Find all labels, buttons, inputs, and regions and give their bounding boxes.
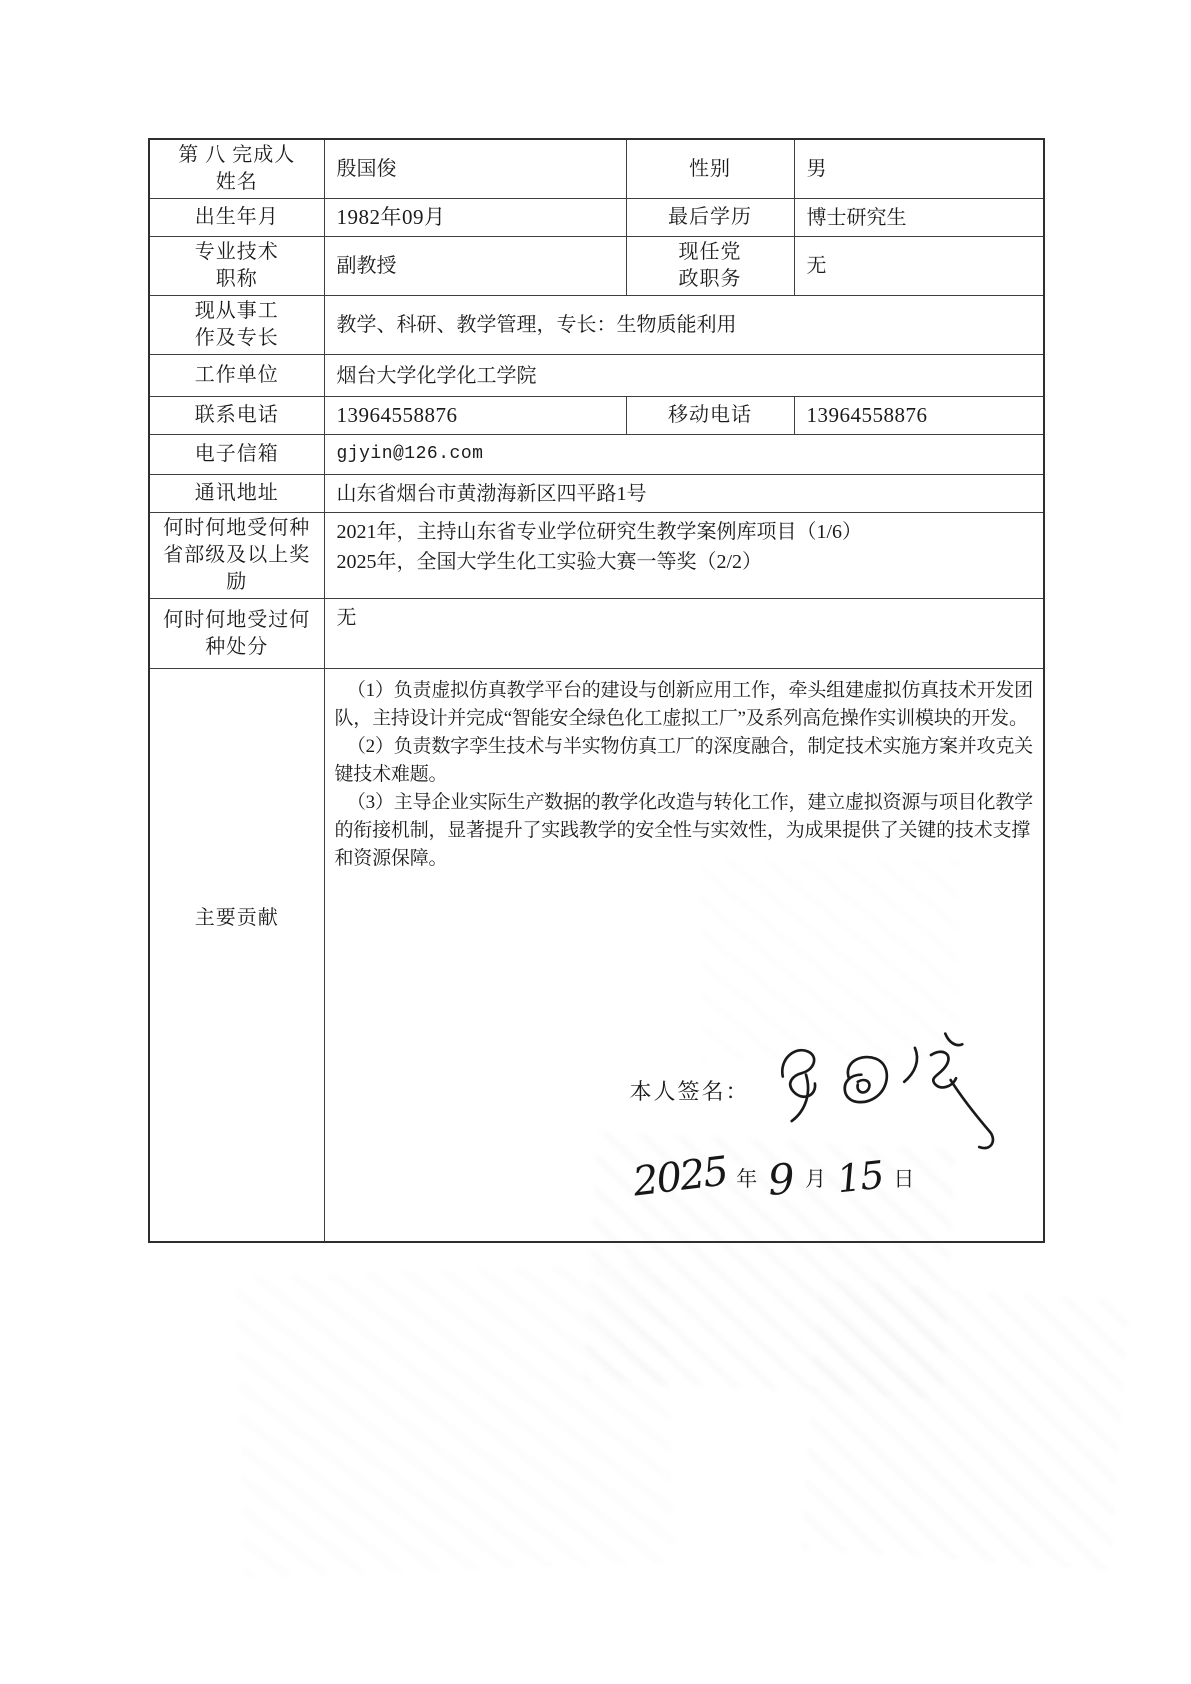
value-main-contributions: （1）负责虚拟仿真教学平台的建设与创新应用工作，牵头组建虚拟仿真技术开发团队，主… [324, 669, 1044, 1242]
value-mobile-phone: 13964558876 [794, 397, 1044, 435]
label-current-work: 现从事工 作及专长 [149, 296, 324, 355]
row-employer: 工作单位 烟台大学化学化工学院 [149, 355, 1044, 397]
row-awards: 何时何地受何种 省部级及以上奖 励 2021年，主持山东省专业学位研究生教学案例… [149, 513, 1044, 599]
label-contact-phone: 联系电话 [149, 397, 324, 435]
main-contributions-label-text: 主要贡献 [195, 905, 279, 932]
value-completer-name: 殷国俊 [324, 139, 626, 199]
scanned-form-page: 第 八 完成人 姓名 殷国俊 性别 男 出生年月 1982年09月 最后学历 博… [0, 0, 1191, 1684]
value-awards: 2021年，主持山东省专业学位研究生教学案例库项目（1/6） 2025年，全国大… [324, 513, 1044, 599]
label-mailing-address: 通讯地址 [149, 475, 324, 513]
contribution-paragraphs: （1）负责虚拟仿真教学平台的建设与创新应用工作，牵头组建虚拟仿真技术开发团队，主… [325, 669, 1044, 873]
label-employer: 工作单位 [149, 355, 324, 397]
value-employer: 烟台大学化学化工学院 [324, 355, 1044, 397]
contribution-paragraph-2: （2）负责数字孪生技术与半实物仿真工厂的深度融合，制定技术实施方案并攻克关键技术… [335, 733, 1036, 789]
row-phones: 联系电话 13964558876 移动电话 13964558876 [149, 397, 1044, 435]
value-mailing-address: 山东省烟台市黄渤海新区四平路1号 [324, 475, 1044, 513]
label-main-contributions: 主要贡献 [149, 669, 324, 1242]
label-final-degree: 最后学历 [626, 199, 794, 237]
row-title-post: 专业技术 职称 副教授 现任党 政职务 无 [149, 237, 1044, 296]
value-gender: 男 [794, 139, 1044, 199]
row-email: 电子信箱 gjyin@126.com [149, 435, 1044, 475]
signature-label: 本人签名： [630, 1063, 750, 1106]
signature-date: 2025 年 9 月 15 日 [633, 1151, 916, 1200]
label-punishments: 何时何地受过何 种处分 [149, 599, 324, 669]
value-contact-phone: 13964558876 [324, 397, 626, 435]
label-gender: 性别 [626, 139, 794, 199]
scan-watermark-smudge [235, 1263, 675, 1578]
label-birth-date: 出生年月 [149, 199, 324, 237]
label-email: 电子信箱 [149, 435, 324, 475]
value-final-degree: 博士研究生 [794, 199, 1044, 237]
year-unit-label: 年 [736, 1163, 758, 1193]
month-unit-label: 月 [805, 1163, 827, 1193]
value-current-work: 教学、科研、教学管理，专长：生物质能利用 [324, 296, 1044, 355]
scan-watermark-smudge [801, 1280, 1129, 1571]
contribution-paragraph-3: （3）主导企业实际生产数据的教学化改造与转化工作，建立虚拟资源与项目化教学的衔接… [335, 789, 1036, 873]
handwritten-day: 15 [835, 1153, 886, 1202]
day-unit-label: 日 [893, 1163, 915, 1193]
value-punishments: 无 [324, 599, 1044, 669]
row-address: 通讯地址 山东省烟台市黄渤海新区四平路1号 [149, 475, 1044, 513]
personnel-form-table: 第 八 完成人 姓名 殷国俊 性别 男 出生年月 1982年09月 最后学历 博… [148, 138, 1045, 1243]
label-professional-title: 专业技术 职称 [149, 237, 324, 296]
label-completer-name: 第 八 完成人 姓名 [149, 139, 324, 199]
value-professional-title: 副教授 [324, 237, 626, 296]
row-birth-degree: 出生年月 1982年09月 最后学历 博士研究生 [149, 199, 1044, 237]
label-awards: 何时何地受何种 省部级及以上奖 励 [149, 513, 324, 599]
handwritten-month: 9 [767, 1154, 797, 1205]
row-main-contributions: 主要贡献 （1）负责虚拟仿真教学平台的建设与创新应用工作，牵头组建虚拟仿真技术开… [149, 669, 1044, 1242]
label-mobile-phone: 移动电话 [626, 397, 794, 435]
value-email: gjyin@126.com [324, 435, 1044, 475]
label-party-post: 现任党 政职务 [626, 237, 794, 296]
row-current-work: 现从事工 作及专长 教学、科研、教学管理，专长：生物质能利用 [149, 296, 1044, 355]
row-name-gender: 第 八 完成人 姓名 殷国俊 性别 男 [149, 139, 1044, 199]
handwritten-year: 2025 [630, 1148, 729, 1205]
value-birth-date: 1982年09月 [324, 199, 626, 237]
contribution-paragraph-1: （1）负责虚拟仿真教学平台的建设与创新应用工作，牵头组建虚拟仿真技术开发团队，主… [335, 677, 1036, 733]
value-party-post: 无 [794, 237, 1044, 296]
row-punishments: 何时何地受过何 种处分 无 [149, 599, 1044, 669]
